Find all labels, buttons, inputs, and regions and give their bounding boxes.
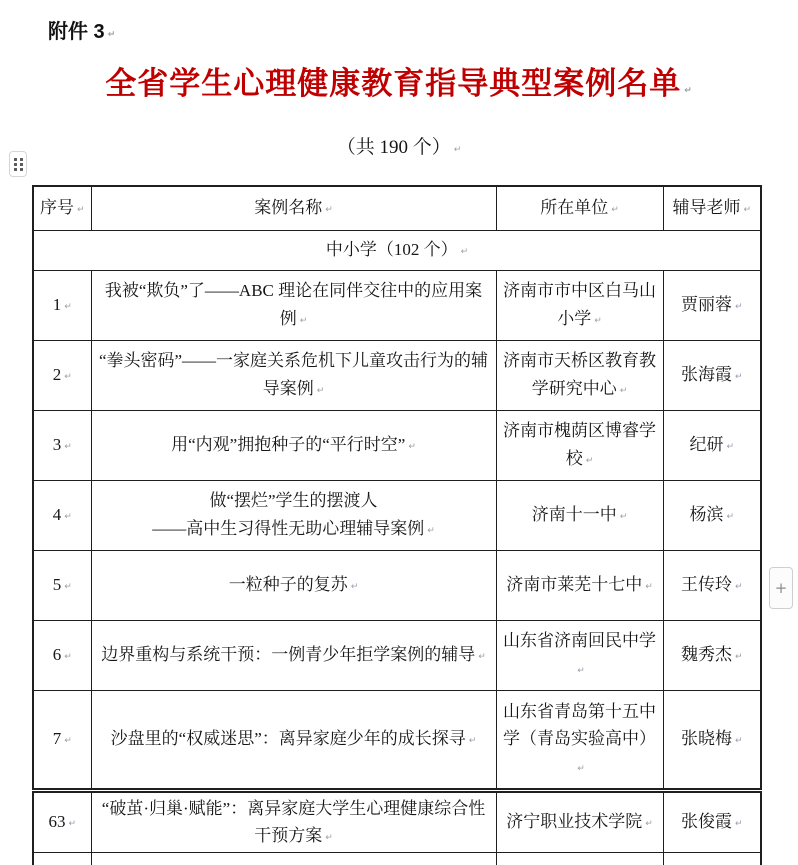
teacher-cell: 魏秀杰	[663, 620, 761, 690]
add-column-button[interactable]: +	[769, 567, 793, 609]
unit-cell: 济南市天桥区教育教学研究中心	[496, 340, 663, 410]
case-name-cell: 我被“欺负”了——ABC 理论在同伴交往中的应用案例	[91, 270, 496, 340]
teacher-cell	[663, 852, 761, 865]
drag-handle-icon[interactable]	[9, 151, 27, 177]
section-row: 中小学（102 个）	[33, 230, 761, 270]
table-row-partial	[33, 852, 761, 865]
table-row: 7 沙盘里的“权威迷思”：离异家庭少年的成长探寻 山东省青岛第十五中学（青岛实验…	[33, 690, 761, 790]
case-name-cell: 一粒种子的复苏	[91, 550, 496, 620]
teacher-cell: 贾丽蓉	[663, 270, 761, 340]
case-table: 序号 案例名称 所在单位 辅导老师 中小学（102 个） 1 我被“欺负”了——…	[32, 185, 762, 865]
row-number-cell	[33, 852, 91, 865]
row-number-cell: 6	[33, 620, 91, 690]
unit-cell: 山东省济南回民中学	[496, 620, 663, 690]
doc-subtitle: （共 190 个）	[0, 132, 798, 159]
case-name-cell: “拳头密码”——一家庭关系危机下儿童攻击行为的辅导案例	[91, 340, 496, 410]
column-header-teacher: 辅导老师	[663, 186, 761, 230]
teacher-cell: 纪研	[663, 410, 761, 480]
unit-cell	[496, 852, 663, 865]
unit-cell: 济宁职业技术学院	[496, 790, 663, 852]
case-name-cell: 边界重构与系统干预：一例青少年拒学案例的辅导	[91, 620, 496, 690]
row-number-cell: 3	[33, 410, 91, 480]
case-name-cell: 沙盘里的“权威迷思”：离异家庭少年的成长探寻	[91, 690, 496, 790]
row-number-cell: 2	[33, 340, 91, 410]
table-row: 63 “破茧·归巢·赋能”：离异家庭大学生心理健康综合性干预方案 济宁职业技术学…	[33, 790, 761, 852]
table-row: 3 用“内观”拥抱种子的“平行时空” 济南市槐荫区博睿学校 纪研	[33, 410, 761, 480]
row-number-cell: 7	[33, 690, 91, 790]
case-name-cell: 做“摆烂”学生的摆渡人 ——高中生习得性无助心理辅导案例	[91, 480, 496, 550]
attachment-label: 附件 3	[48, 15, 798, 44]
table-row: 5 一粒种子的复苏 济南市莱芜十七中 王传玲	[33, 550, 761, 620]
column-header-case: 案例名称	[91, 186, 496, 230]
table-header-row: 序号 案例名称 所在单位 辅导老师	[33, 186, 761, 230]
teacher-cell: 张俊霞	[663, 790, 761, 852]
table-row: 4 做“摆烂”学生的摆渡人 ——高中生习得性无助心理辅导案例 济南十一中 杨滨	[33, 480, 761, 550]
section-label: 中小学（102 个）	[33, 230, 761, 270]
table-row: 2 “拳头密码”——一家庭关系危机下儿童攻击行为的辅导案例 济南市天桥区教育教学…	[33, 340, 761, 410]
unit-cell: 济南市市中区白马山小学	[496, 270, 663, 340]
column-header-number: 序号	[33, 186, 91, 230]
unit-cell: 济南十一中	[496, 480, 663, 550]
plus-icon: +	[775, 579, 788, 597]
teacher-cell: 张海霞	[663, 340, 761, 410]
teacher-cell: 张晓梅	[663, 690, 761, 790]
row-number-cell: 5	[33, 550, 91, 620]
page-title: 全省学生心理健康教育指导典型案例名单	[0, 58, 798, 103]
document-page: 附件 3 全省学生心理健康教育指导典型案例名单 （共 190 个） + 序号 案…	[0, 0, 798, 865]
teacher-cell: 杨滨	[663, 480, 761, 550]
teacher-cell: 王传玲	[663, 550, 761, 620]
case-name-cell: 用“内观”拥抱种子的“平行时空”	[91, 410, 496, 480]
row-number-cell: 1	[33, 270, 91, 340]
unit-cell: 济南市莱芜十七中	[496, 550, 663, 620]
table-row: 1 我被“欺负”了——ABC 理论在同伴交往中的应用案例 济南市市中区白马山小学…	[33, 270, 761, 340]
unit-cell: 济南市槐荫区博睿学校	[496, 410, 663, 480]
case-name-cell	[91, 852, 496, 865]
unit-cell: 山东省青岛第十五中学（青岛实验高中）	[496, 690, 663, 790]
case-name-cell: “破茧·归巢·赋能”：离异家庭大学生心理健康综合性干预方案	[91, 790, 496, 852]
row-number-cell: 63	[33, 790, 91, 852]
table-row: 6 边界重构与系统干预：一例青少年拒学案例的辅导 山东省济南回民中学 魏秀杰	[33, 620, 761, 690]
drag-dots-icon	[13, 157, 23, 171]
row-number-cell: 4	[33, 480, 91, 550]
column-header-unit: 所在单位	[496, 186, 663, 230]
